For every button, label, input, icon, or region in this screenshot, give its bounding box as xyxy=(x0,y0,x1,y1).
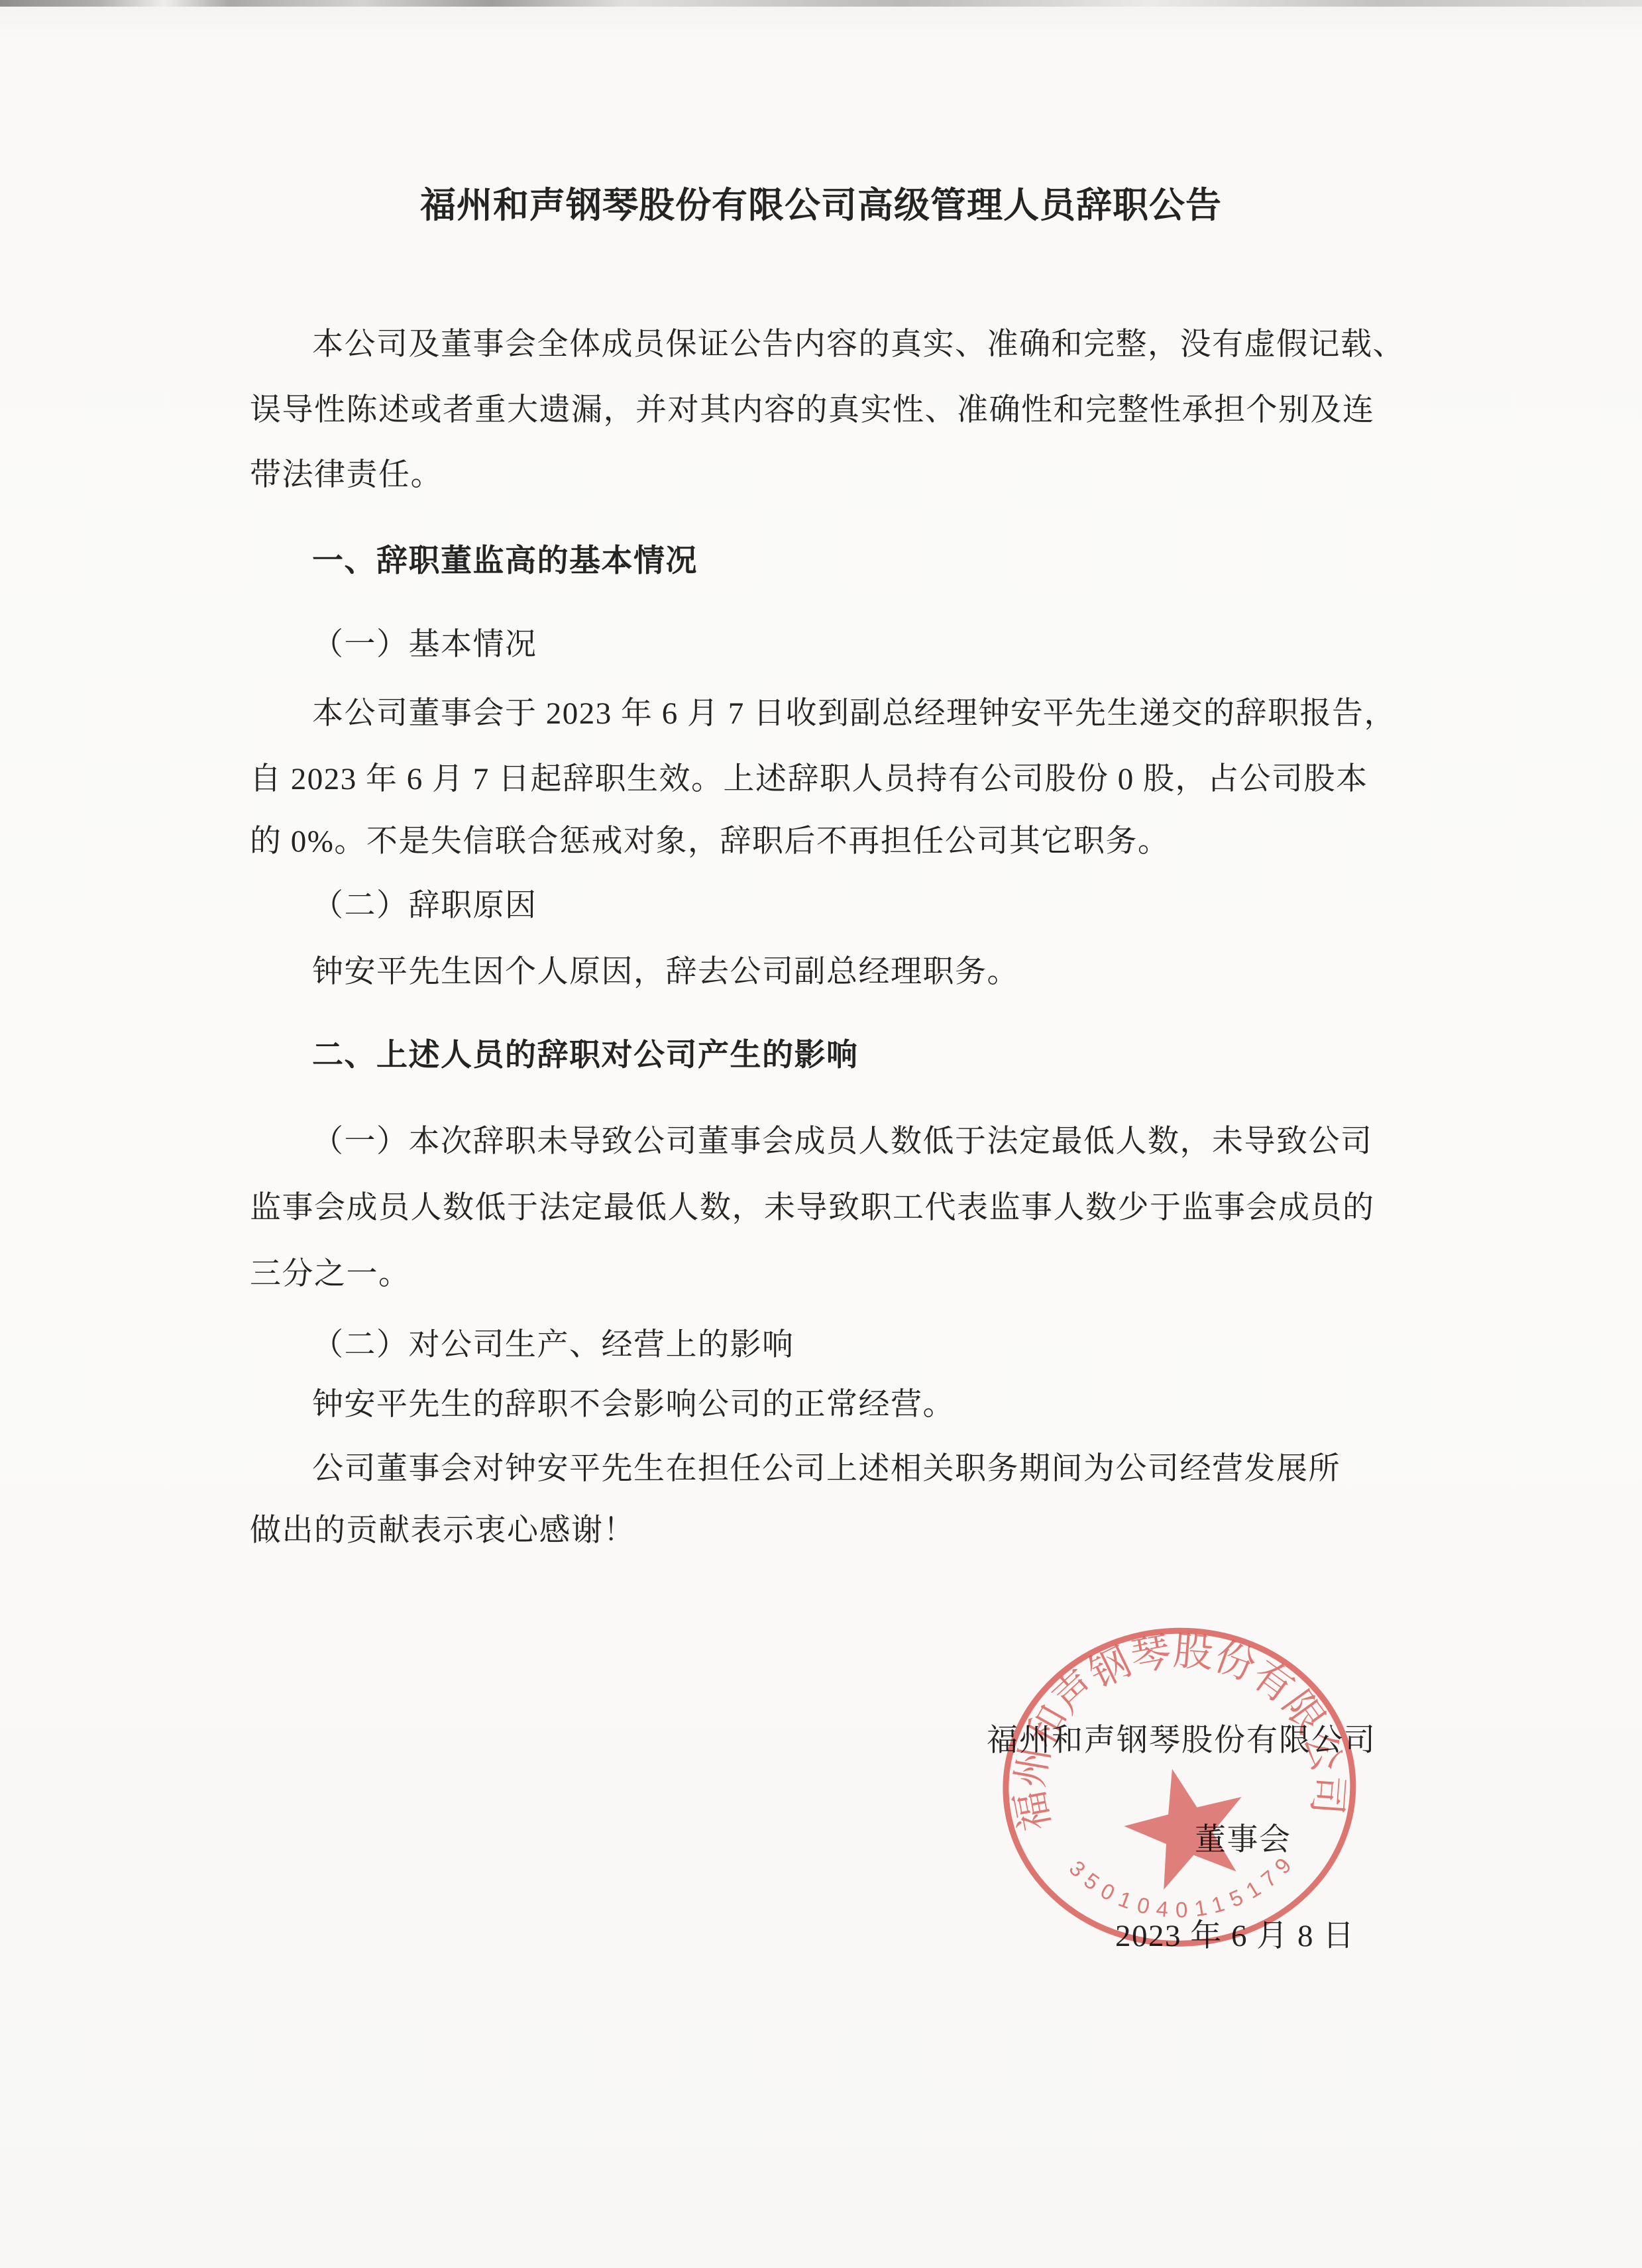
section1-sub1-heading: （一）基本情况 xyxy=(312,626,537,663)
section1-heading: 一、辞职董监高的基本情况 xyxy=(312,543,698,580)
closing-line: 做出的贡献表示衷心感谢！ xyxy=(250,1512,635,1549)
declaration-line: 本公司及董事会全体成员保证公告内容的真实、准确和完整，没有虚假记载、 xyxy=(312,326,1405,363)
declaration-line: 带法律责任。 xyxy=(250,457,443,494)
section2-sub1-line: 三分之一。 xyxy=(250,1256,411,1293)
section2-sub1-line: 监事会成员人数低于法定最低人数，未导致职工代表监事人数少于监事会成员的 xyxy=(250,1189,1375,1226)
section1-sub1-line: 本公司董事会于 2023 年 6 月 7 日收到副总经理钟安平先生递交的辞职报告… xyxy=(312,695,1396,732)
page-title: 福州和声钢琴股份有限公司高级管理人员辞职公告 xyxy=(420,184,1222,227)
closing-line: 公司董事会对钟安平先生在担任公司上述相关职务期间为公司经营发展所 xyxy=(312,1450,1341,1487)
seal-star xyxy=(1113,1755,1258,1896)
document-page: 福州和声钢琴股份有限公司高级管理人员辞职公告 本公司及董事会全体成员保证公告内容… xyxy=(0,0,1642,2268)
section1-sub1-line: 自 2023 年 6 月 7 日起辞职生效。上述辞职人员持有公司股份 0 股，占… xyxy=(250,761,1368,798)
section2-sub2-line: 钟安平先生的辞职不会影响公司的正常经营。 xyxy=(312,1386,955,1423)
section2-sub2-heading: （二）对公司生产、经营上的影响 xyxy=(312,1326,794,1364)
scan-artifact-top-edge xyxy=(0,0,1642,7)
section1-sub2-heading: （二）辞职原因 xyxy=(312,887,537,924)
section2-sub1-line: （一）本次辞职未导致公司董事会成员人数低于法定最低人数，未导致公司 xyxy=(312,1123,1373,1160)
section2-heading: 二、上述人员的辞职对公司产生的影响 xyxy=(312,1037,859,1074)
section1-sub2-line: 钟安平先生因个人原因，辞去公司副总经理职务。 xyxy=(312,953,1019,991)
section1-sub1-line: 的 0%。不是失信联合惩戒对象，辞职后不再担任公司其它职务。 xyxy=(250,823,1170,860)
declaration-line: 误导性陈述或者重大遗漏，并对其内容的真实性、准确性和完整性承担个别及连 xyxy=(250,392,1375,429)
company-seal: 福州和声钢琴股份有限公司 3501040115179 xyxy=(987,1614,1382,1965)
